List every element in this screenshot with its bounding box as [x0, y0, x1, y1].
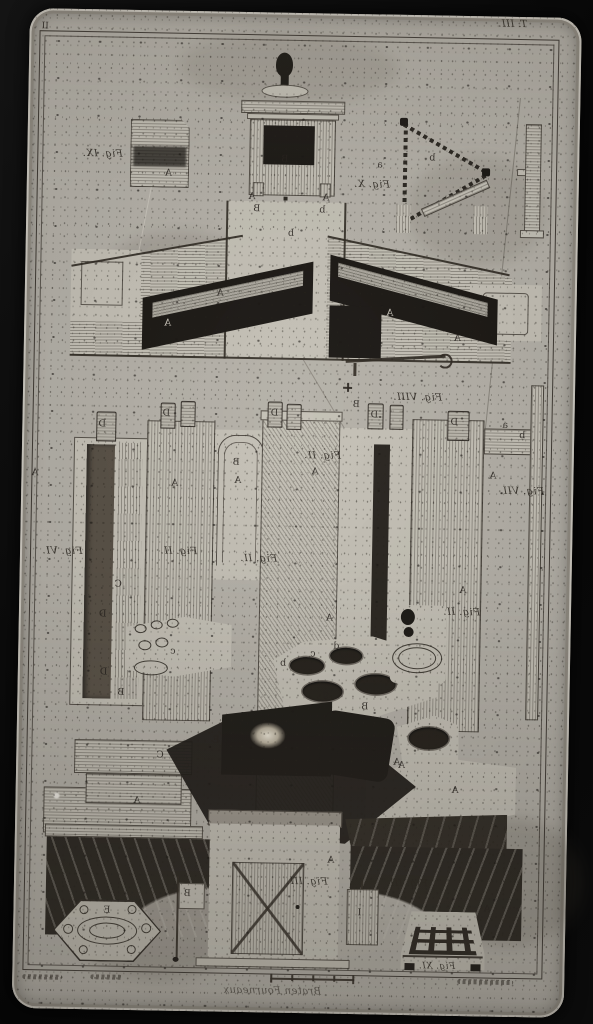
figure-label-fig8: Fig. VIII. [393, 393, 442, 404]
scale-bar [270, 974, 354, 986]
door-handle [296, 905, 300, 909]
scale-bar-tick [270, 974, 272, 983]
part-letter: C [114, 580, 121, 590]
figure-label-fig2: Fig. II. [160, 546, 197, 557]
fig9-smudge [133, 146, 186, 167]
grate-grid [409, 927, 477, 956]
cup-hole [167, 619, 179, 628]
part-letter: A [326, 614, 333, 624]
fig10-slide-tab [517, 169, 526, 176]
oval-basin [134, 660, 168, 676]
part-letter: B [281, 155, 288, 165]
part-letter: b [280, 659, 286, 669]
part-letter: A [489, 471, 496, 481]
cup-hole [138, 640, 151, 650]
part-letter: B [353, 400, 360, 410]
part-letter: A [386, 309, 393, 319]
figure-label-fig3: Fig. III. [286, 877, 328, 888]
reference-cross-mark [343, 383, 352, 392]
part-letter: A [483, 904, 490, 914]
part-letter: A [133, 796, 140, 806]
part-letter: D [271, 408, 279, 418]
part-letter: A [311, 467, 318, 477]
grate-foot [470, 964, 480, 971]
part-letter: A [171, 479, 178, 489]
hood-left-annex-panel [81, 261, 124, 306]
part-letter: a [502, 421, 508, 431]
hood-stub [473, 206, 488, 234]
engraver-signature-right [457, 979, 513, 985]
part-letter: C [156, 750, 163, 760]
figure-label-fig3: Fig. III. [386, 879, 428, 890]
scale-bar-tick [291, 975, 293, 981]
photo-background: II T. III. Fig. IX. Fig. X. Fig. VIII. F… [0, 0, 593, 1024]
bay-arch-line [222, 442, 258, 564]
part-letter: g [322, 689, 328, 699]
round-furnace-body [390, 605, 447, 684]
part-letter: D [163, 408, 171, 418]
chimney-pot [180, 401, 195, 427]
scale-bar-tick [312, 975, 314, 981]
part-letter: A [164, 319, 171, 329]
fig10-corner-fitting [400, 118, 408, 126]
part-letter: a [377, 160, 383, 170]
part-letter: A [217, 288, 224, 298]
poker-foot [173, 957, 179, 962]
hood-stub [396, 205, 411, 233]
part-letter: A [31, 468, 38, 478]
fig10-corner-fitting [482, 168, 490, 176]
part-letter: A [393, 758, 400, 768]
chimney-pot [286, 404, 301, 430]
cup-hole [155, 637, 168, 647]
figure-label-fig2: Fig. II. [443, 608, 480, 619]
engraver-signature-left [22, 974, 62, 980]
cup-hole [151, 620, 163, 629]
figure-label-fig2: Fig. II. [304, 451, 341, 462]
plate-corner-mark: II [42, 22, 49, 32]
furnace-vent-hole [404, 627, 414, 637]
figure-label-fig9: Fig. IX. [82, 149, 123, 160]
part-letter: c [310, 649, 316, 659]
grate-foot [404, 963, 414, 970]
part-letter: A [459, 586, 466, 596]
part-letter: E [213, 735, 220, 745]
part-letter: A [234, 476, 241, 486]
part-letter: A [454, 334, 461, 344]
part-letter: b [319, 205, 325, 215]
fig10-bar-foot [520, 230, 544, 238]
chimney-pot [389, 405, 403, 430]
flag-damper-plate [179, 883, 205, 909]
part-letter: B [233, 458, 240, 468]
part-letter: A [432, 728, 439, 738]
part-letter: d [333, 642, 339, 652]
chimney-cap-opening [263, 125, 315, 165]
engraver-signature-left [90, 974, 122, 980]
fire-glow [244, 718, 291, 753]
part-letter: I [357, 908, 361, 918]
side-hob-hole [408, 727, 448, 750]
figure-label-fig7: Fig. VII. [499, 487, 544, 498]
figure-label-fig10: Fig. X. [354, 180, 390, 191]
small-door-plate [346, 889, 379, 946]
small-plate-knob [361, 881, 363, 889]
cup-hole [135, 624, 147, 633]
scale-bar-tick [333, 976, 335, 982]
part-letter: A [165, 169, 172, 179]
part-letter: B [184, 889, 191, 899]
part-letter: A [327, 856, 334, 866]
part-letter: A [248, 192, 255, 202]
fig8-post [353, 363, 356, 376]
part-letter: b [429, 153, 435, 163]
hood-right-smoke-drop [329, 306, 382, 359]
plate-caption: Braten Fourneaux [187, 985, 357, 998]
fig9-damper-plate [130, 119, 190, 188]
hex-hole [127, 905, 136, 914]
furnace-vent-hole [401, 609, 415, 625]
part-letter: B [117, 688, 124, 698]
part-letter: c [184, 761, 190, 771]
part-letter: b [519, 431, 525, 441]
left-flue-channel [82, 444, 115, 698]
part-letter: b [288, 229, 294, 239]
part-letter: c [170, 647, 176, 657]
part-letter: D [371, 410, 379, 420]
part-letter: D [98, 419, 106, 429]
part-letter: D [450, 418, 458, 428]
figure-label-fig2: Fig. II. [240, 554, 277, 565]
hex-hole [79, 945, 88, 954]
part-letter: A [322, 193, 329, 203]
furnace-ring [398, 647, 436, 670]
flue-column [142, 420, 215, 721]
figure-label-fig11: Fig. XI. [418, 961, 455, 972]
dust-speck [54, 793, 60, 799]
scale-bar-tick [352, 975, 354, 984]
part-letter: B [361, 702, 368, 712]
part-letter: A [452, 786, 459, 796]
part-letter: E [103, 905, 110, 915]
engraved-copper-plate: II T. III. Fig. IX. Fig. X. Fig. VIII. F… [12, 8, 582, 1018]
figure-label-fig6: Fig. VI. [42, 546, 83, 557]
stove-pot-hole [290, 657, 324, 675]
fig10-slide-bar [524, 124, 542, 232]
part-letter: D [100, 667, 108, 677]
chimney-finial-acorn [276, 53, 293, 77]
part-letter: B [253, 204, 260, 214]
part-letter: D [99, 609, 107, 619]
plate-number: T. III. [498, 20, 528, 31]
hex-ring [89, 922, 125, 939]
